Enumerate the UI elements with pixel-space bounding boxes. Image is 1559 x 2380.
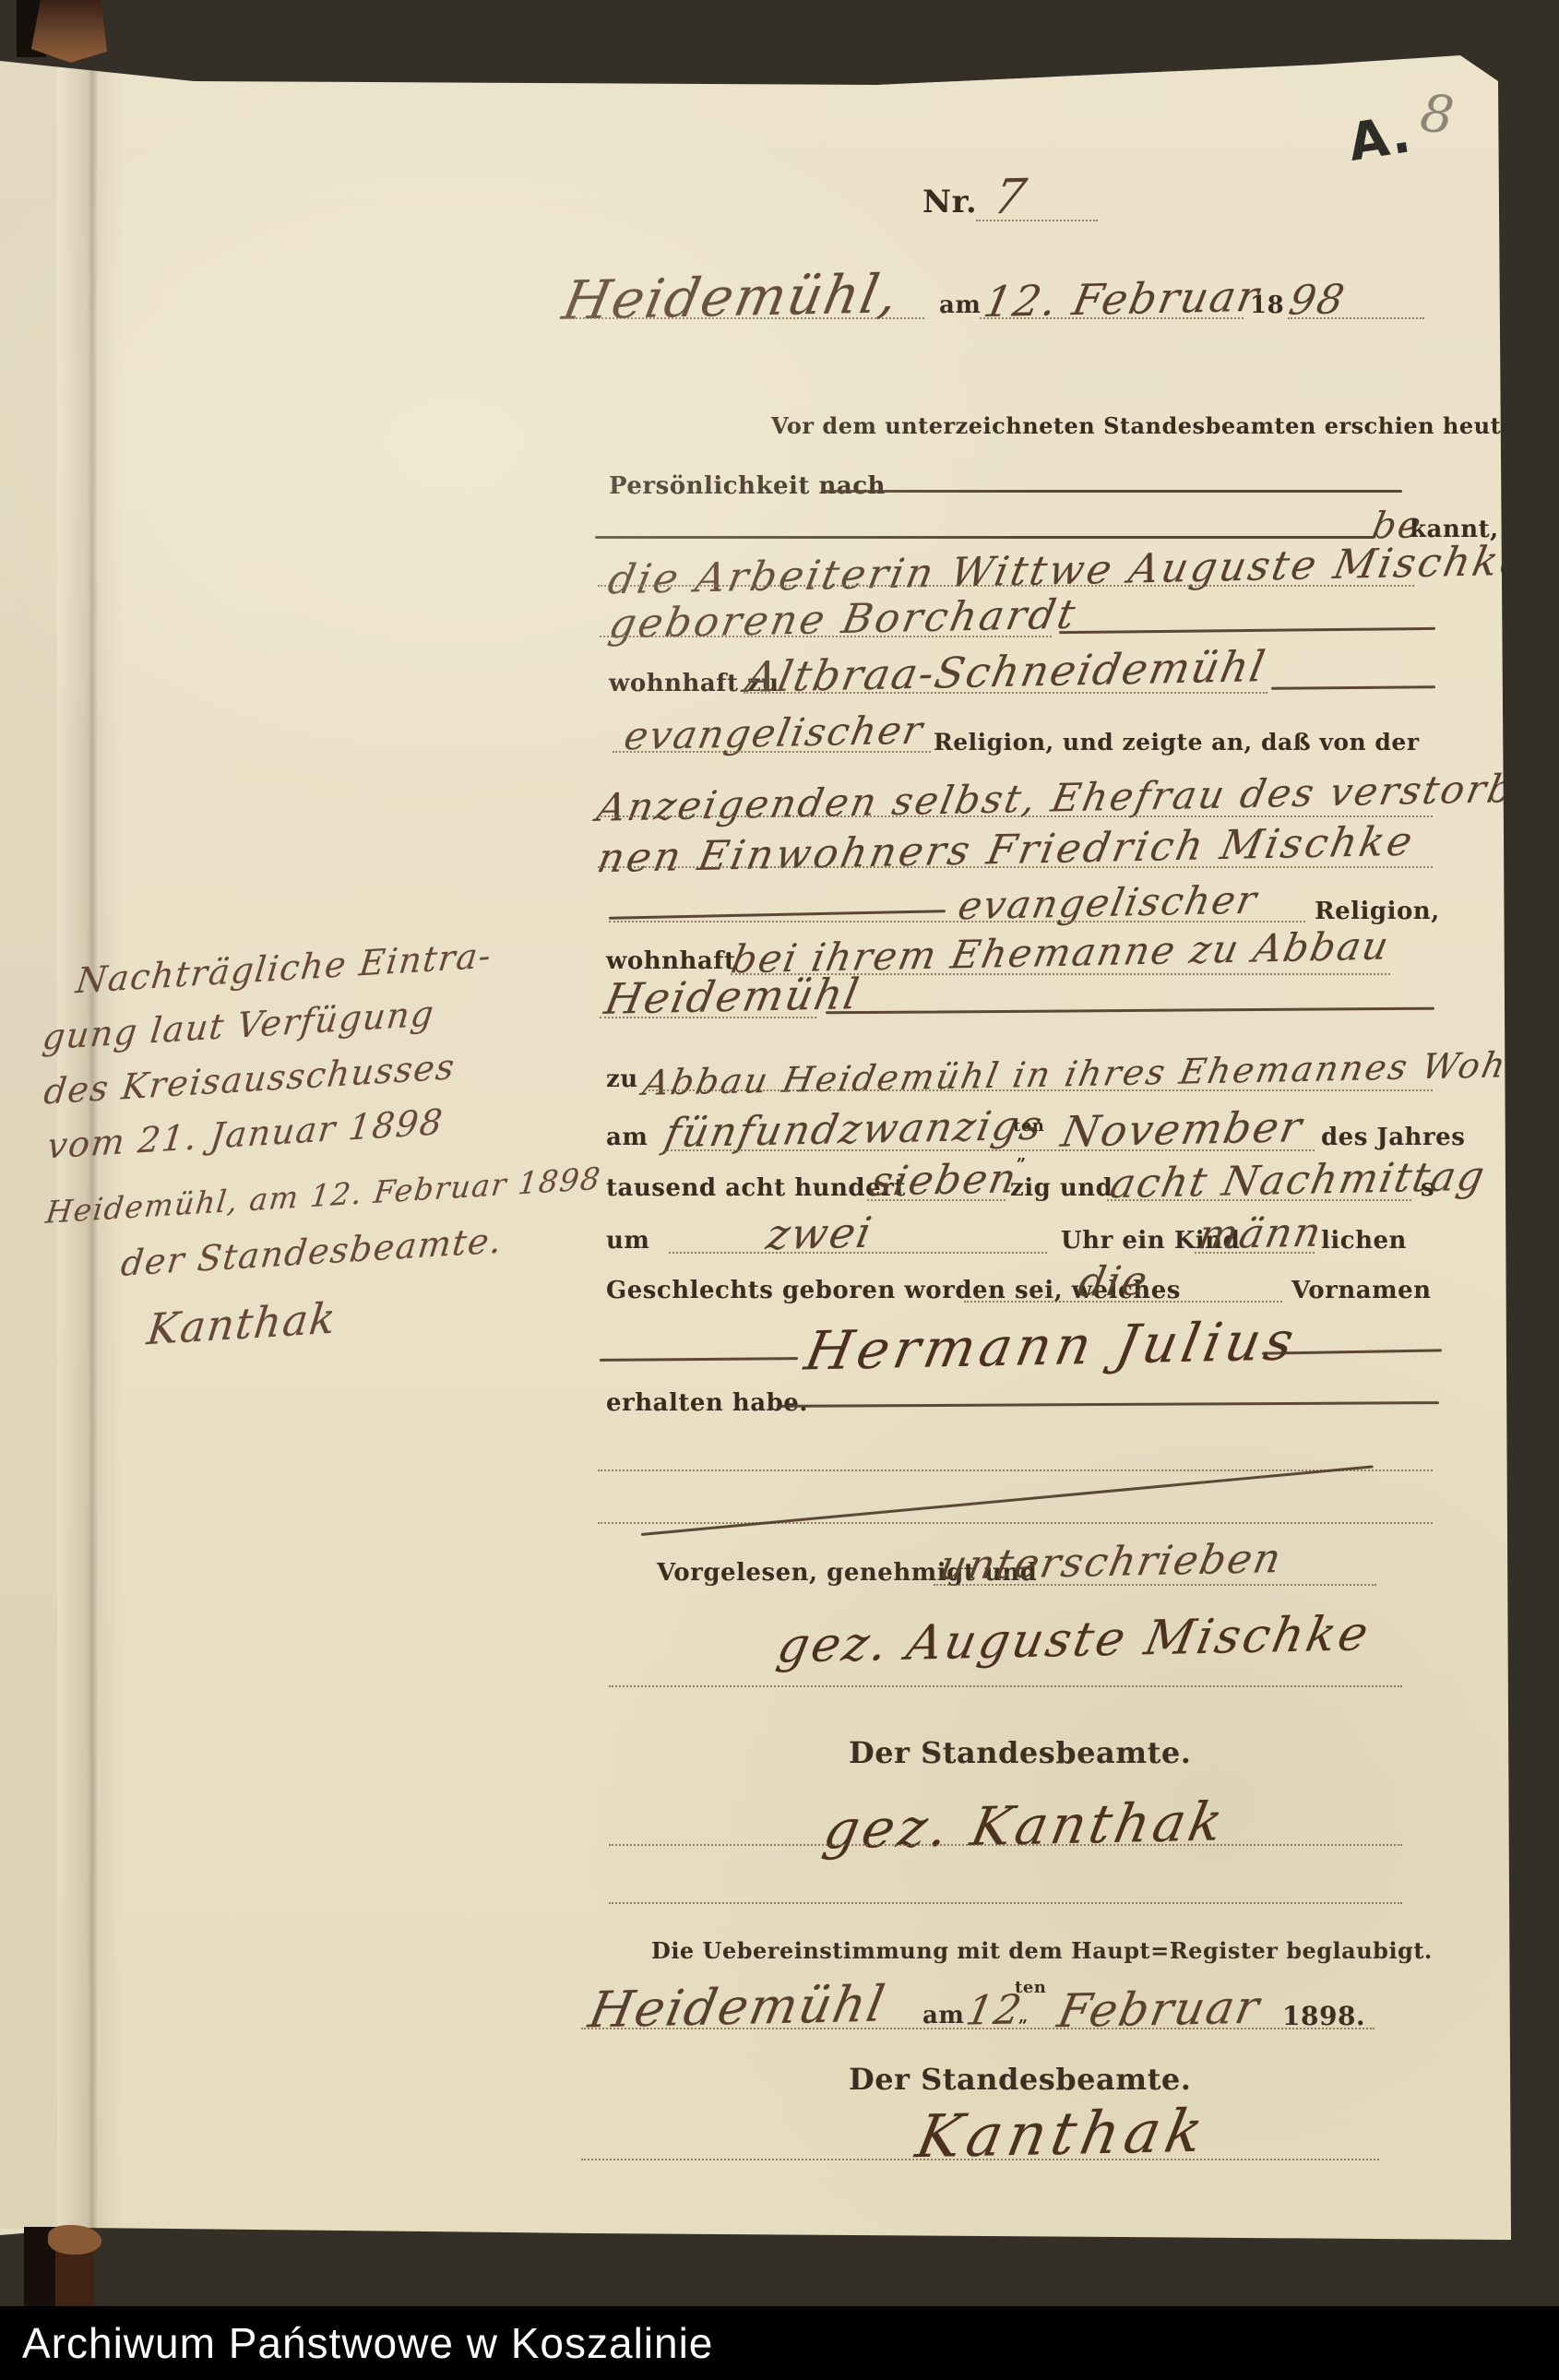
die-handwritten: die — [1076, 1261, 1152, 1303]
dotted-rule — [565, 317, 924, 319]
pencil-page-number: 8 — [1417, 83, 1457, 147]
dotted-rule — [664, 1149, 1315, 1151]
father-line2-handwritten: nen Einwohners Friedrich Mischke — [594, 822, 1418, 879]
declarant-birthname-line: geborene Borchardt — [606, 595, 1081, 646]
cert-am-label: am — [922, 2004, 964, 2028]
ink-rule — [595, 536, 1375, 539]
s-suffix-label: s — [1421, 1176, 1434, 1200]
birth-month-handwritten: November — [1058, 1105, 1306, 1152]
dotted-rule — [976, 220, 1098, 221]
ink-rule — [821, 490, 1402, 493]
zig-und-label: zig und — [1010, 1176, 1113, 1200]
dotted-rule — [609, 1685, 1402, 1687]
tausend-label: tausend acht hundert — [606, 1176, 906, 1200]
dotted-rule — [613, 751, 931, 753]
archival-scan: Nr. 7 Heidemühl, am 12. Februar 18 98 Vo… — [0, 0, 1559, 2380]
binding-nub — [48, 2225, 101, 2255]
birth-day-handwritten: fünfundzwanzigs — [661, 1106, 1047, 1155]
registrar-heading-1: Der Standesbeamte. — [849, 1738, 1191, 1767]
dotted-rule — [980, 317, 1244, 319]
archive-caption-text: Archiwum Państwowe w Koszalinie — [22, 2306, 713, 2380]
dotted-rule — [1107, 1199, 1411, 1201]
dotted-rule — [934, 1584, 1376, 1586]
margin-annotation: Nachträgliche Eintra- gung laut Verfügun… — [36, 930, 494, 1368]
dotted-rule — [581, 2159, 1379, 2160]
lichen-label: lichen — [1321, 1229, 1407, 1253]
residence-handwritten: Altbraa-Schneidemühl — [742, 645, 1269, 698]
dotted-rule — [598, 815, 1433, 817]
erhalten-habe-label: erhalten habe. — [606, 1391, 808, 1415]
ink-rule — [1059, 627, 1435, 634]
dotted-rule — [598, 866, 1433, 868]
dotted-rule — [581, 2028, 1375, 2029]
registrar-heading-2: Der Standesbeamte. — [849, 2065, 1191, 2094]
cert-repeat-quote: „ — [1018, 2009, 1029, 2026]
registrar-signature-1: gez. Kanthak — [820, 1794, 1231, 1856]
archive-caption-bar: Archiwum Państwowe w Koszalinie — [0, 2306, 1559, 2380]
year-tens-handwritten: sieben — [867, 1159, 1020, 1202]
hour-handwritten: zwei — [763, 1211, 876, 1255]
certification-line: Die Uebereinstimmung mit dem Haupt=Regis… — [651, 1940, 1433, 1962]
vornamen-label: Vornamen — [1291, 1279, 1432, 1303]
year-century-printed: 18 — [1250, 293, 1284, 317]
ten-suffix-printed: ten — [1013, 1118, 1044, 1135]
dotted-rule — [644, 1089, 1433, 1091]
child-name-handwritten: Hermann Julius — [801, 1314, 1303, 1377]
cert-ten-suffix: ten — [1015, 1980, 1046, 1996]
record-number-value: 7 — [990, 173, 1031, 222]
letter-a-stamp: A. — [1344, 104, 1415, 173]
record-number-label: Nr. — [922, 186, 977, 218]
ink-rule — [1271, 685, 1435, 690]
ink-rule — [600, 1357, 798, 1362]
document-page: Nr. 7 Heidemühl, am 12. Februar 18 98 Vo… — [0, 0, 1517, 2247]
religion1-handwritten: evangelischer — [621, 711, 927, 756]
am-label: am — [939, 293, 981, 317]
cert-year-printed: 1898. — [1282, 2004, 1365, 2029]
ink-stroke-filler — [609, 910, 946, 920]
dotted-rule — [964, 1301, 1282, 1303]
religion2-printed: Religion, — [1315, 899, 1440, 923]
zu-label: zu — [606, 1067, 638, 1091]
religion1-printed: Religion, und zeigte an, daß von der — [934, 731, 1419, 754]
year-handwritten: 98 — [1286, 280, 1350, 321]
birthplace-handwritten: Abbau Heidemühl in ihres Ehemannes Wohnu… — [640, 1045, 1559, 1101]
dotted-rule — [598, 585, 1414, 587]
gender-handwritten: männ — [1196, 1213, 1327, 1256]
persoenlichkeit-label: Persönlichkeit nach — [609, 474, 886, 498]
void-diagonal-stroke — [641, 1465, 1374, 1536]
dotted-rule — [609, 1844, 1402, 1846]
dotted-rule — [669, 1252, 1047, 1254]
dotted-rule — [744, 692, 1267, 694]
dotted-rule — [598, 1522, 1433, 1524]
residence2b-handwritten: Heidemühl — [601, 972, 863, 1020]
dotted-rule — [1195, 1252, 1315, 1254]
dotted-rule — [1288, 317, 1424, 319]
dotted-rule — [609, 921, 1305, 922]
dotted-rule — [609, 1902, 1402, 1904]
ink-rule — [777, 1401, 1439, 1408]
ink-rule — [826, 1007, 1434, 1015]
dotted-rule — [600, 1017, 816, 1018]
um-label: um — [606, 1229, 649, 1253]
des-jahres-label: des Jahres — [1321, 1125, 1465, 1149]
dotted-rule — [867, 1199, 1006, 1201]
wohnhaft-label: wohnhaft — [606, 949, 735, 973]
am-label-2: am — [606, 1125, 648, 1149]
registrar-signature-2: Kanthak — [911, 2102, 1213, 2168]
date-handwritten: 12. Februar — [981, 275, 1264, 323]
dotted-rule — [600, 636, 1052, 637]
intro-line: Vor dem unterzeichneten Standesbeamten e… — [771, 415, 1559, 437]
religion2-handwritten: evangelischer — [955, 881, 1261, 926]
margin-note-signature: Kanthak — [144, 1276, 495, 1363]
unterschrieben-handwritten: unterschrieben — [936, 1539, 1286, 1587]
declarant-signature: gez. Auguste Mischke — [774, 1610, 1375, 1670]
